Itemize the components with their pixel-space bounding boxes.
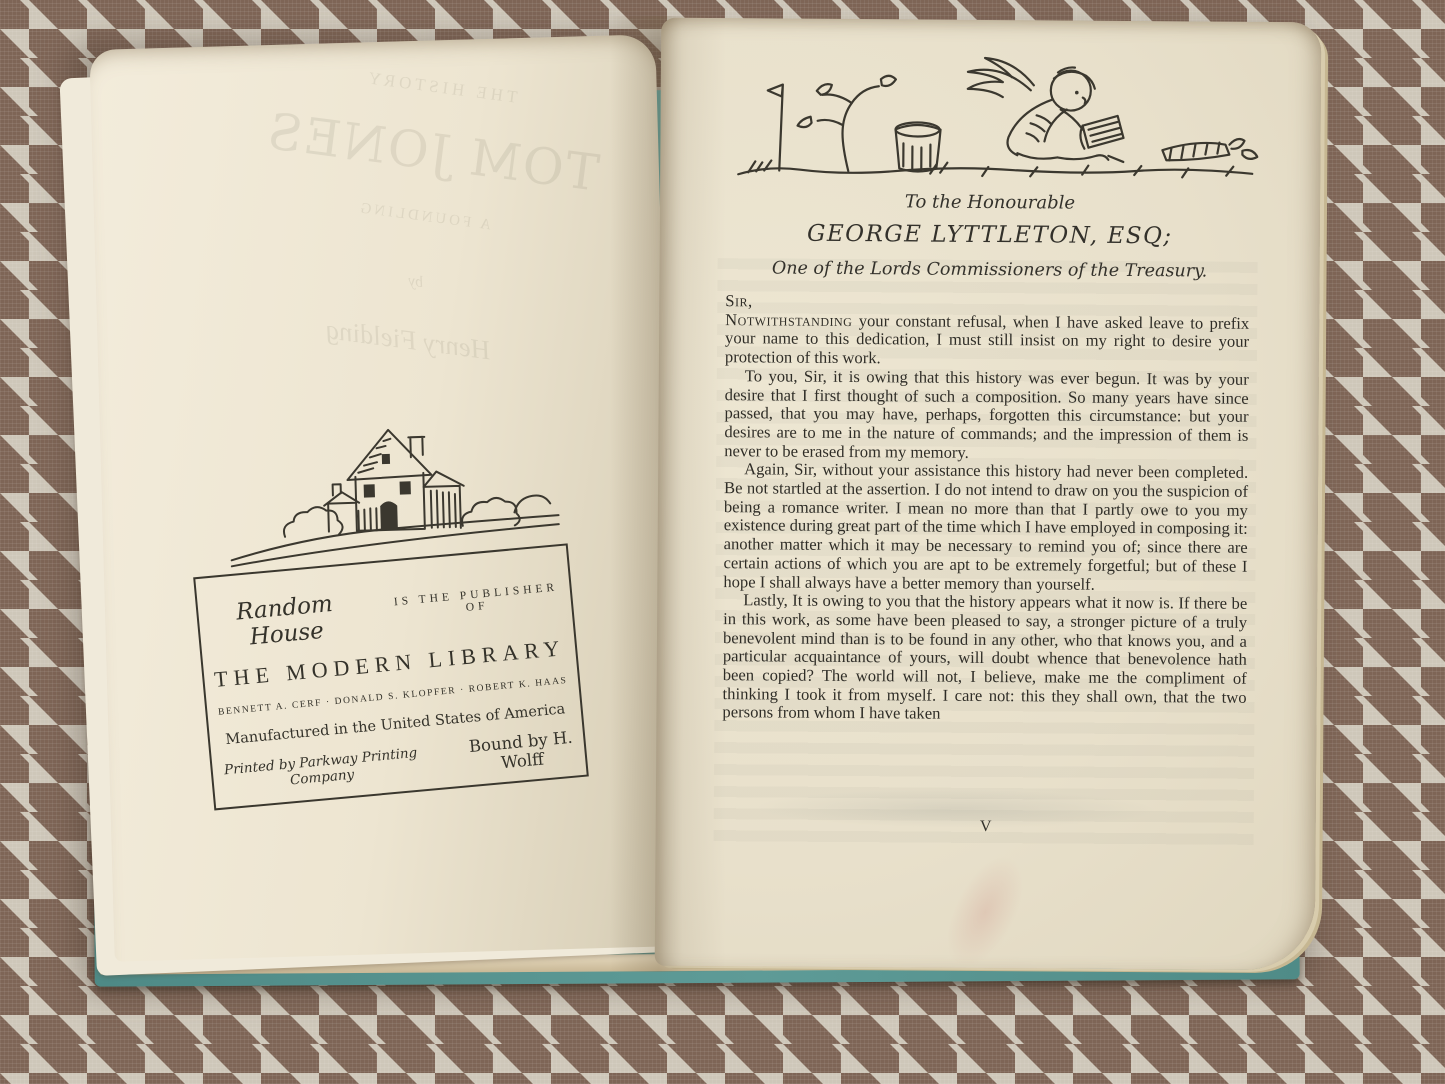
salutation-text: Sir, — [725, 291, 753, 310]
dedication-paragraph-1: Notwithstanding your constant refusal, w… — [725, 311, 1249, 371]
left-page: THE HISTORY TOM JONES A FOUNDLING by Hen… — [89, 34, 680, 961]
house-vignette-illustration — [226, 407, 562, 568]
dedication-paragraph-2: To you, Sir, it is owing that this histo… — [724, 367, 1249, 464]
ghost-title-line: TOM JONES — [240, 99, 624, 205]
cherub-with-book-vignette — [730, 50, 1259, 192]
right-page: To the Honourable GEORGE LYTTLETON, ESQ;… — [655, 18, 1322, 971]
dedication-body-text: Sir, Notwithstanding your constant refus… — [722, 292, 1249, 726]
dedication-paragraph-4: Lastly, It is owing to you that the hist… — [722, 591, 1247, 726]
ghost-author-line: Henry Fielding — [218, 300, 599, 380]
dedication-paragraph-3: Again, Sir, without your assistance this… — [723, 460, 1248, 595]
publisher-imprint-box: Random House IS THE PUBLISHER OF THE MOD… — [193, 543, 589, 810]
printed-by-text: Printed by Parkway Printing Company — [212, 744, 431, 795]
title-page-showthrough: THE HISTORY TOM JONES A FOUNDLING by Hen… — [218, 53, 631, 380]
dedication-honourable-line: To the Honourable — [660, 190, 1320, 216]
bound-by-text: Bound by H. Wolff — [457, 727, 585, 776]
random-house-logotype: Random House — [198, 588, 374, 655]
gutter-shadow — [610, 16, 726, 972]
book-photo-scene: THE HISTORY TOM JONES A FOUNDLING by Hen… — [0, 0, 1445, 1084]
is-the-publisher-of-text: IS THE PUBLISHER OF — [382, 580, 571, 621]
ghost-by-line: by — [226, 249, 605, 316]
dedication-name-line: GEORGE LYTTLETON, ESQ; — [660, 220, 1320, 251]
